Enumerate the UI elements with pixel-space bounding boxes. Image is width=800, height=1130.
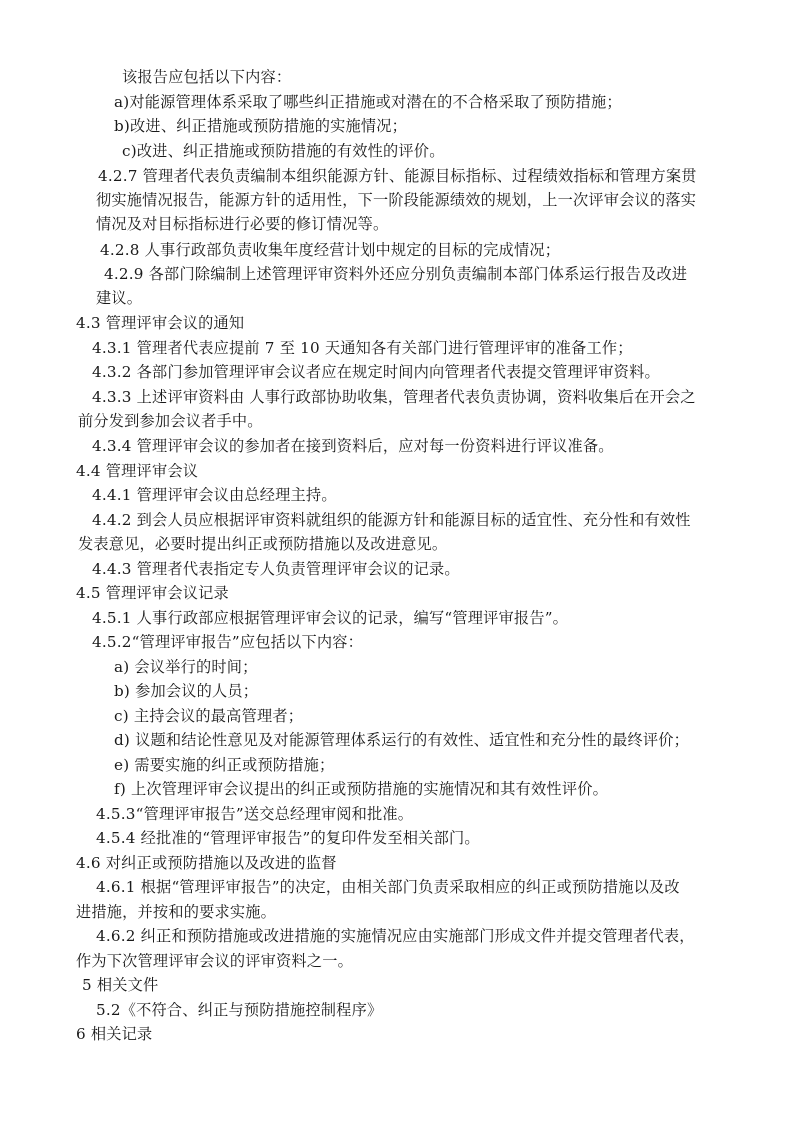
text-line: 前分发到参加会议者手中。 xyxy=(78,410,263,432)
text-line: 4.2.7 管理者代表负责编制本组织能源方针、能源目标指标、过程绩效指标和管理方… xyxy=(98,165,697,187)
text-line: 4.3.2 各部门参加管理评审会议者应在规定时间内向管理者代表提交管理评审资料。 xyxy=(92,361,660,383)
text-line: a)对能源管理体系采取了哪些纠正措施或对潜在的不合格采取了预防措施； xyxy=(114,91,622,113)
text-line: 4.4.3 管理者代表指定专人负责管理评审会议的记录。 xyxy=(92,558,460,580)
document-page: 该报告应包括以下内容：a)对能源管理体系采取了哪些纠正措施或对潜在的不合格采取了… xyxy=(0,0,800,1130)
text-line: 情况及对目标指标进行必要的修订情况等。 xyxy=(96,213,388,235)
text-line: 该报告应包括以下内容： xyxy=(122,66,291,88)
text-line: c) 主持会议的最高管理者； xyxy=(114,705,303,727)
text-line: 彻实施情况报告，能源方针的适用性，下一阶段能源绩效的规划，上一次评审会议的落实 xyxy=(96,189,696,211)
text-line: 5.2《不符合、纠正与预防措施控制程序》 xyxy=(96,999,382,1021)
text-line: 4.3 管理评审会议的通知 xyxy=(76,312,244,334)
text-line: 4.2.9 各部门除编制上述管理评审资料外还应分别负责编制本部门体系运行报告及改… xyxy=(104,263,687,285)
text-line: 4.5.2“管理评审报告”应包括以下内容： xyxy=(92,631,363,653)
text-line: 4.4.2 到会人员应根据评审资料就组织的能源方针和能源目标的适宜性、充分性和有… xyxy=(92,509,691,531)
text-line: 5 相关文件 xyxy=(82,974,158,996)
text-line: 4.4.1 管理评审会议由总经理主持。 xyxy=(92,484,337,506)
text-line: 4.2.8 人事行政部负责收集年度经营计划中规定的目标的完成情况； xyxy=(100,239,560,261)
text-line: a) 会议举行的时间； xyxy=(114,656,258,678)
text-line: b)改进、纠正措施或预防措施的实施情况； xyxy=(114,115,407,137)
text-line: 4.5.3“管理评审报告”送交总经理审阅和批准。 xyxy=(96,803,413,825)
text-line: b) 参加会议的人员； xyxy=(114,680,258,702)
text-line: 6 相关记录 xyxy=(76,1023,152,1045)
text-line: 4.3.4 管理评审会议的参加者在接到资料后，应对每一份资料进行评议准备。 xyxy=(92,435,614,457)
text-line: 进措施，并按和的要求实施。 xyxy=(76,901,276,923)
text-line: 4.5.1 人事行政部应根据管理评审会议的记录，编写“管理评审报告”。 xyxy=(92,607,568,629)
text-line: 4.4 管理评审会议 xyxy=(76,460,198,482)
text-line: 4.6.1 根据“管理评审报告”的决定，由相关部门负责采取相应的纠正或预防措施以… xyxy=(96,876,680,898)
text-line: 4.3.1 管理者代表应提前 7 至 10 天通知各有关部门进行管理评审的准备工… xyxy=(92,337,633,359)
text-line: 4.3.3 上述评审资料由 人事行政部协助收集，管理者代表负责协调，资料收集后在… xyxy=(92,386,696,408)
text-line: c)改进、纠正措施或预防措施的有效性的评价。 xyxy=(122,140,445,162)
text-line: f) 上次管理评审会议提出的纠正或预防措施的实施情况和其有效性评价。 xyxy=(114,778,608,800)
text-line: e) 需要实施的纠正或预防措施； xyxy=(114,754,334,776)
text-line: 4.6 对纠正或预防措施以及改进的监督 xyxy=(76,852,337,874)
text-line: 4.6.2 纠正和预防措施或改进措施的实施情况应由实施部门形成文件并提交管理者代… xyxy=(96,925,695,947)
text-line: 4.5.4 经批准的“管理评审报告”的复印件发至相关部门。 xyxy=(96,827,480,849)
text-line: 作为下次管理评审会议的评审资料之一。 xyxy=(76,950,353,972)
text-line: d) 议题和结论性意见及对能源管理体系运行的有效性、适宜性和充分性的最终评价； xyxy=(114,729,689,751)
text-line: 发表意见，必要时提出纠正或预防措施以及改进意见。 xyxy=(78,533,447,555)
text-line: 4.5 管理评审会议记录 xyxy=(76,582,229,604)
text-line: 建议。 xyxy=(96,287,142,309)
